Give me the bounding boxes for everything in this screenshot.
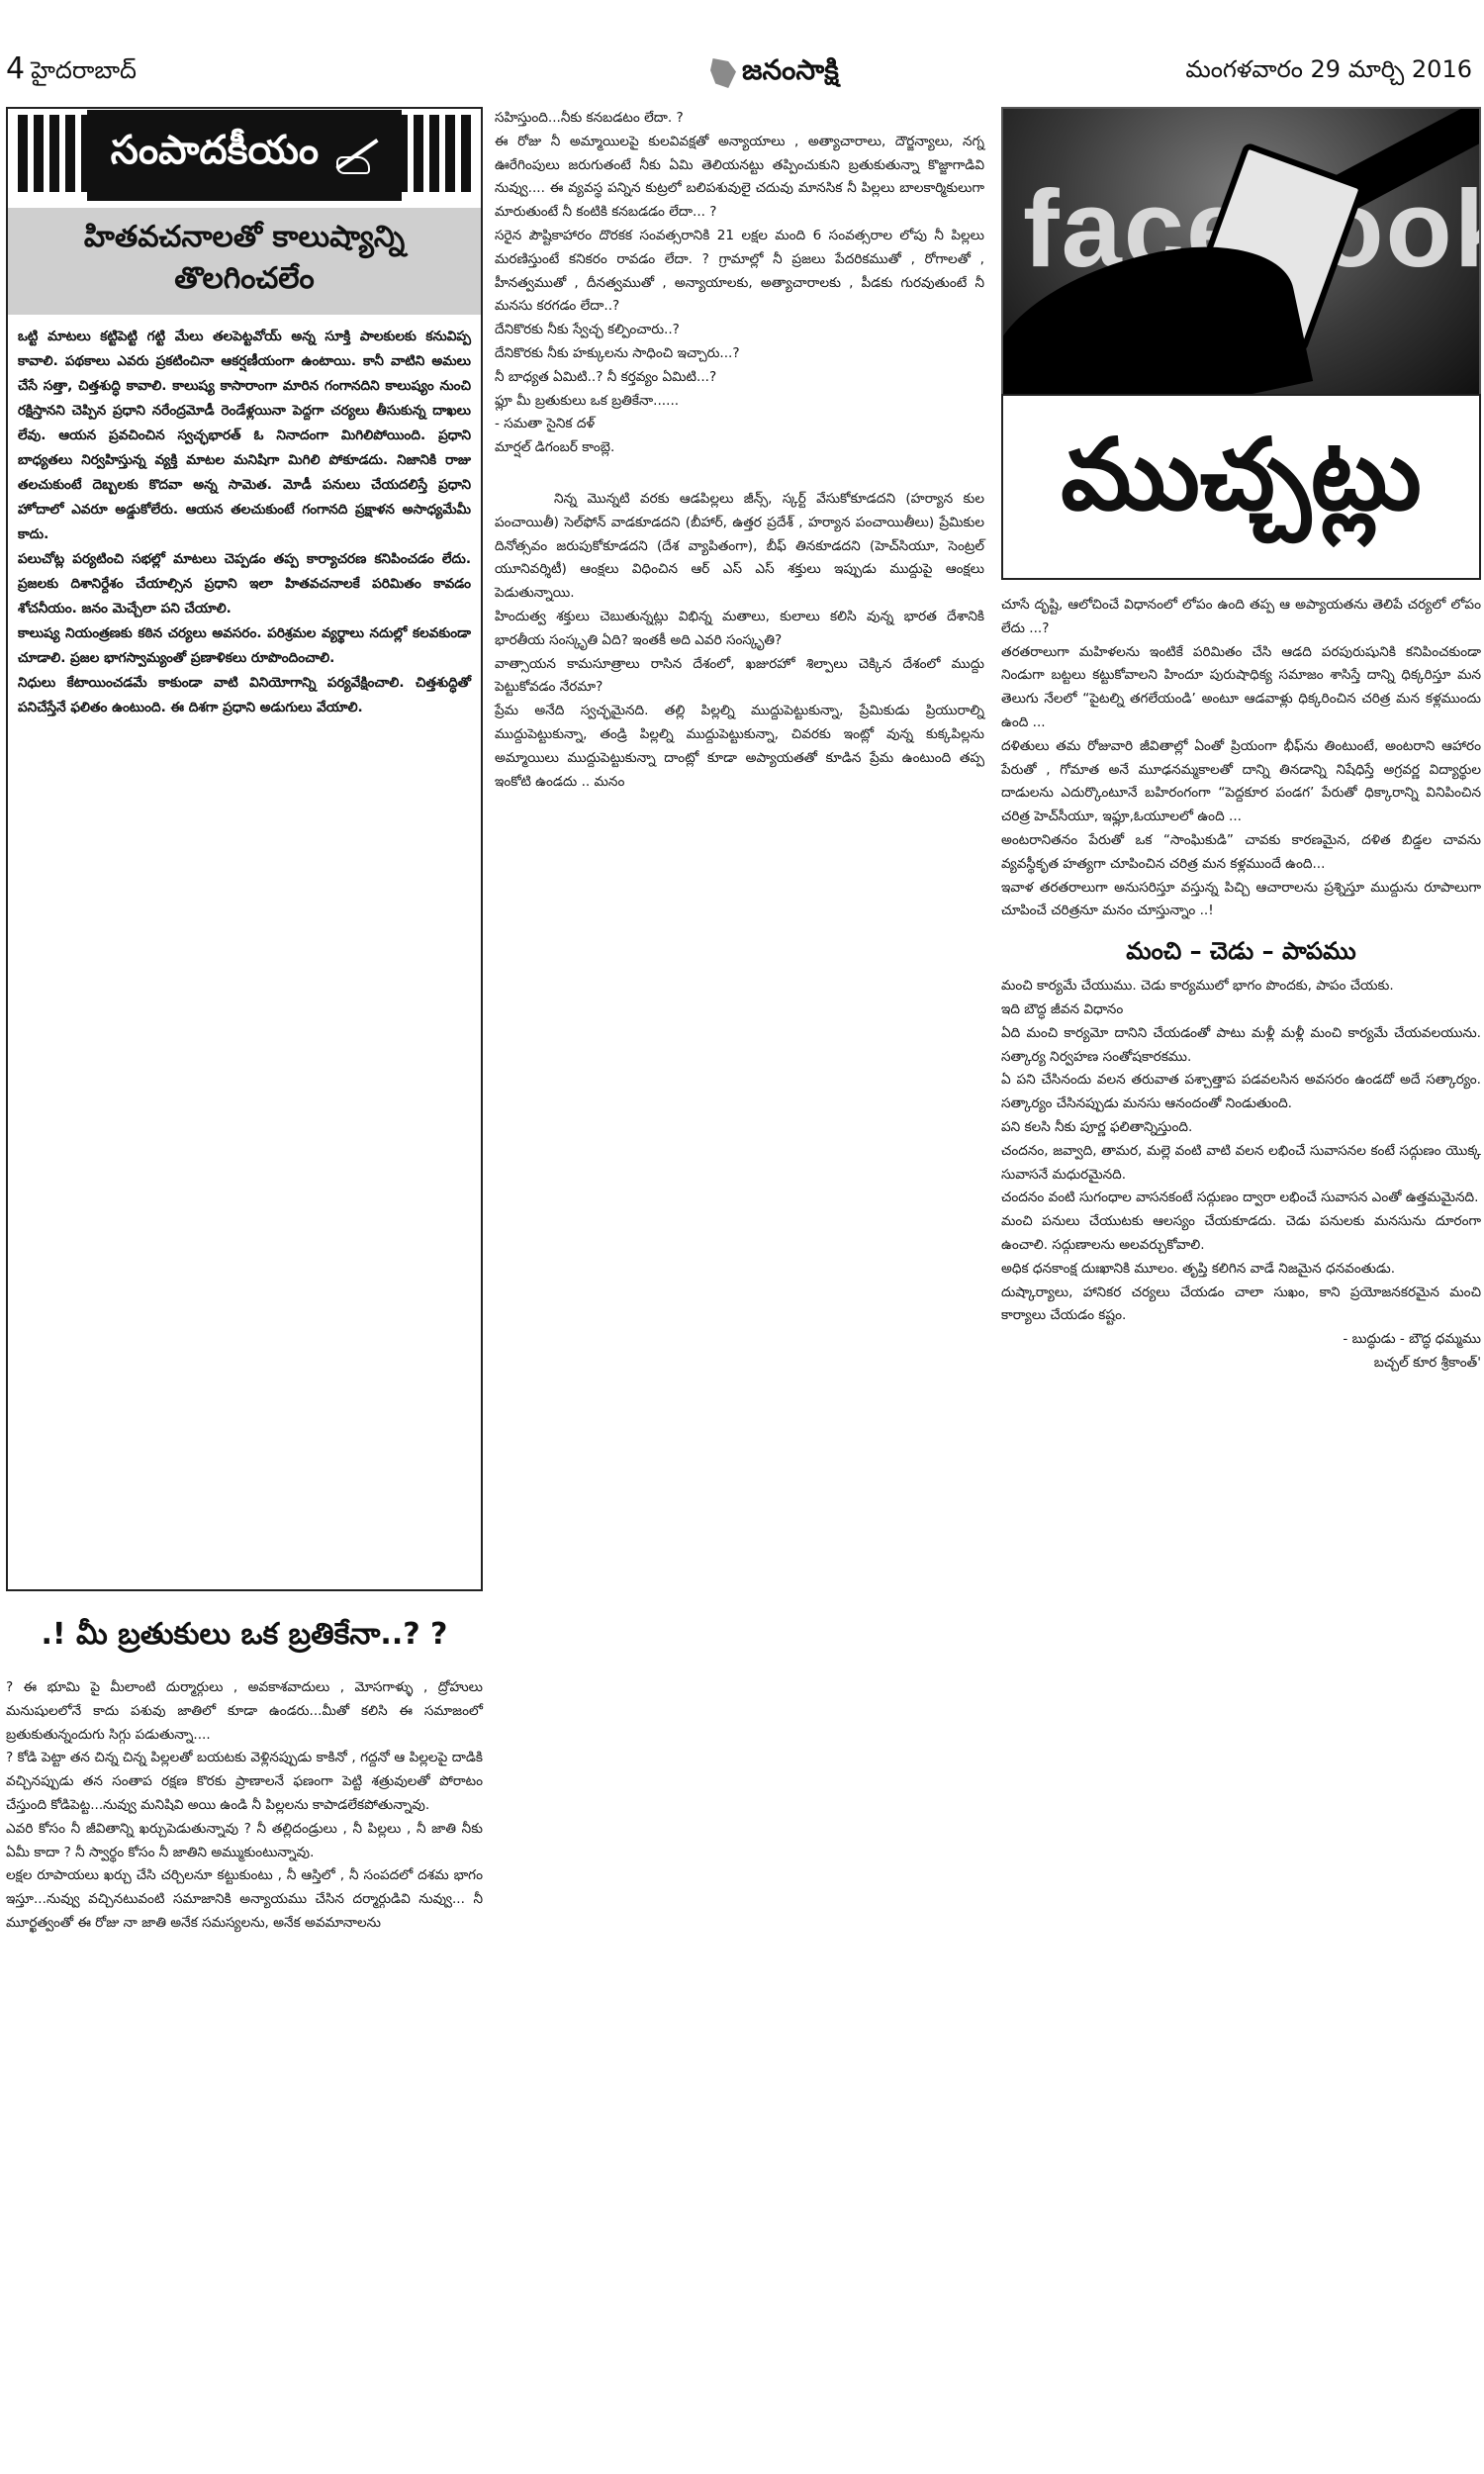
article-paragraph: మంచి కార్యమే చేయుము. చెడు కార్యములో భాగం… (1001, 975, 1481, 999)
newspaper-brand: జనంసాక్షి (710, 53, 839, 93)
editorial-paragraph: కాలుష్య నియంత్రణకు కఠిన చర్యలు అవసరం. పర… (18, 621, 471, 671)
article-paragraph: అంటరానితనం పేరుతో ఒక “సాంఘికుడి” చావకు క… (1001, 829, 1481, 877)
middle-article-bottom: నిన్న మొన్నటి వరకు ఆడపిల్లలు జీన్స్, స్క… (495, 488, 984, 794)
quote-source: - బుద్ధుడు - బౌద్ధ ధమ్మము (1001, 1328, 1481, 1352)
article-paragraph: ఇది బౌద్ధ జీవన విధానం (1001, 999, 1481, 1022)
article-paragraph: దుష్కార్యాలు, హానికర చర్యలు చేయడం చాలా స… (1001, 1282, 1481, 1329)
author-name: బచ్చల్ కూర శ్రీకాంత్' (1001, 1352, 1481, 1376)
section-heading: మంచి – చెడు – పాపము (1001, 937, 1481, 971)
article-paragraph: ఏది మంచి కార్యమో దానిని చేయడంతో పాటు మళ్… (1001, 1022, 1481, 1070)
byline-name: మార్షల్ డిగంబర్ కాంబ్లె. (495, 436, 984, 460)
masthead: 4హైదరాబాద్ జనంసాక్షి మంగళవారం 29 మార్చి … (0, 0, 1484, 99)
page-number: 4హైదరాబాద్ (6, 51, 137, 90)
middle-article-top: సహిస్తుంది...నీకు కనబడటం లేదా. ? ఈ రోజు … (495, 107, 984, 460)
telangana-map-icon (710, 58, 736, 88)
article-paragraph: నిన్న మొన్నటి వరకు ఆడపిల్లలు జీన్స్, స్క… (495, 488, 984, 606)
page-number-value: 4 (6, 51, 25, 86)
life-article-title: .! మీ బ్రతుకులు ఒక బ్రతికేనా..? ? (6, 1617, 483, 1659)
article-paragraph: ? కోడి పెట్టా తన చిన్న చిన్న పిల్లలతో బయ… (6, 1747, 483, 1817)
editorial-body: ఒట్టి మాటలు కట్టిపెట్టి గట్టి మేలు తలపెట… (8, 315, 481, 730)
editorial-headline: హితవచనాలతో కాలుష్యాన్ని తొలగించలేం (8, 208, 481, 315)
article-paragraph: దేనికొరకు నీకు హక్కులను సాధించి ఇచ్చారు.… (495, 342, 984, 366)
right-column: facebook ముచ్చట్లు చూసే దృష్టి, ఆలోచించే… (1001, 107, 1481, 1376)
city-label: హైదరాబాద్ (31, 56, 137, 84)
editorial-paragraph: నిధులు కేటాయించడమే కాకుండా వాటి వినియోగా… (18, 671, 471, 720)
article-paragraph: ప్రేమ అనేది స్వచ్ఛమైనది. తల్లి పిల్లల్ని… (495, 700, 984, 794)
article-paragraph: ఎవరి కోసం నీ జీవితాన్ని ఖర్చుపెడుతున్నావ… (6, 1818, 483, 1865)
article-paragraph: సరైన పౌష్టికాహారం దొరకక సంవత్సరానికి 21 … (495, 225, 984, 319)
editorial-box: సంపాదకీయం హితవచనాలతో కాలుష్యాన్ని తొలగిం… (6, 107, 483, 1591)
article-paragraph: తరతరాలుగా మహిళలను ఇంటికే పరిమితం చేసి ఆడ… (1001, 641, 1481, 735)
right-article-top: చూసే దృష్టి, ఆలోచించే విధానంలో లోపం ఉంది… (1001, 594, 1481, 923)
article-paragraph: సహిస్తుంది...నీకు కనబడటం లేదా. ? (495, 107, 984, 131)
article-paragraph: దళితులు తమ రోజువారి జీవితాల్లో ఏంతో ప్రి… (1001, 735, 1481, 829)
article-paragraph: ఈ రోజు నీ అమ్మాయిలపై కులవివక్షతో అన్యాయా… (495, 131, 984, 225)
article-paragraph: చూసే దృష్టి, ఆలోచించే విధానంలో లోపం ఉంది… (1001, 594, 1481, 641)
byline-organization: - సమతా సైనిక దళ్ (495, 413, 984, 436)
editorial-banner: సంపాదకీయం (8, 109, 481, 198)
article-paragraph: హిందుత్వ శక్తులు చెబుతున్నట్లు విభిన్న మ… (495, 606, 984, 653)
article-paragraph: పని కలసి నీకు పూర్ణ ఫలితాన్నిస్తుంది. (1001, 1116, 1481, 1140)
article-paragraph: ఇవాళ తరతరాలుగా అనుసరిస్తూ వస్తున్న పిచ్చ… (1001, 877, 1481, 924)
article-paragraph: ఏ పని చేసినందు వలన తరువాత పశ్చాత్తాప పడవ… (1001, 1069, 1481, 1116)
feature-title: ముచ్చట్లు (1061, 417, 1421, 557)
brand-name: జనంసాక్షి (742, 53, 839, 93)
editorial-label-block: సంపాదకీయం (87, 110, 402, 201)
facebook-photo: facebook (1001, 107, 1481, 394)
article-paragraph: అధిక ధనకాంక్ష దుఃఖానికి మూలం. తృప్తి కలి… (1001, 1258, 1481, 1282)
article-paragraph: ? ఈ భూమి పై మీలాంటి దుర్మార్గులు , అవకాశ… (6, 1676, 483, 1747)
article-paragraph: మంచి పనులు చేయుటకు ఆలస్యం చేయకూడదు. చెడు… (1001, 1210, 1481, 1258)
issue-date: మంగళవారం 29 మార్చి 2016 (1185, 55, 1472, 89)
article-paragraph: దేనికొరకు నీకు స్వేచ్ఛ కల్పించారు..? (495, 319, 984, 342)
article-paragraph: చందనం వంటి సుగంధాల వాసనకంటే సద్గుణం ద్వా… (1001, 1187, 1481, 1210)
left-column: సంపాదకీయం హితవచనాలతో కాలుష్యాన్ని తొలగిం… (6, 107, 483, 1936)
editorial-paragraph: పలుచోట్ల పర్యటించి సభల్లో మాటలు చెప్పడం … (18, 547, 471, 621)
editorial-section-label: సంపాదకీయం (111, 128, 319, 183)
pen-in-hand-icon (332, 139, 378, 172)
article-paragraph: వాత్సాయన కామసూత్రాలు రాసిన దేశంలో, ఖజురహ… (495, 653, 984, 701)
article-paragraph: ఫ్లూ మీ బ్రతుకులు ఒక బ్రతికేనా...... (495, 390, 984, 414)
article-paragraph: చందనం, జవ్వాది, తామర, మల్లె వంటి వాటి వల… (1001, 1140, 1481, 1188)
feature-title-box: ముచ్చట్లు (1001, 394, 1481, 580)
right-article-bottom: మంచి కార్యమే చేయుము. చెడు కార్యములో భాగం… (1001, 975, 1481, 1376)
editorial-paragraph: ఒట్టి మాటలు కట్టిపెట్టి గట్టి మేలు తలపెట… (18, 325, 471, 547)
article-paragraph: నీ బాధ్యత ఏమిటి..? నీ కర్తవ్యం ఏమిటి...? (495, 366, 984, 390)
life-article-body: ? ఈ భూమి పై మీలాంటి దుర్మార్గులు , అవకాశ… (6, 1676, 483, 1936)
article-paragraph: లక్షల రూపాయలు ఖర్చు చేసి చర్చిలనూ కట్టుక… (6, 1864, 483, 1935)
middle-column: సహిస్తుంది...నీకు కనబడటం లేదా. ? ఈ రోజు … (495, 107, 984, 794)
